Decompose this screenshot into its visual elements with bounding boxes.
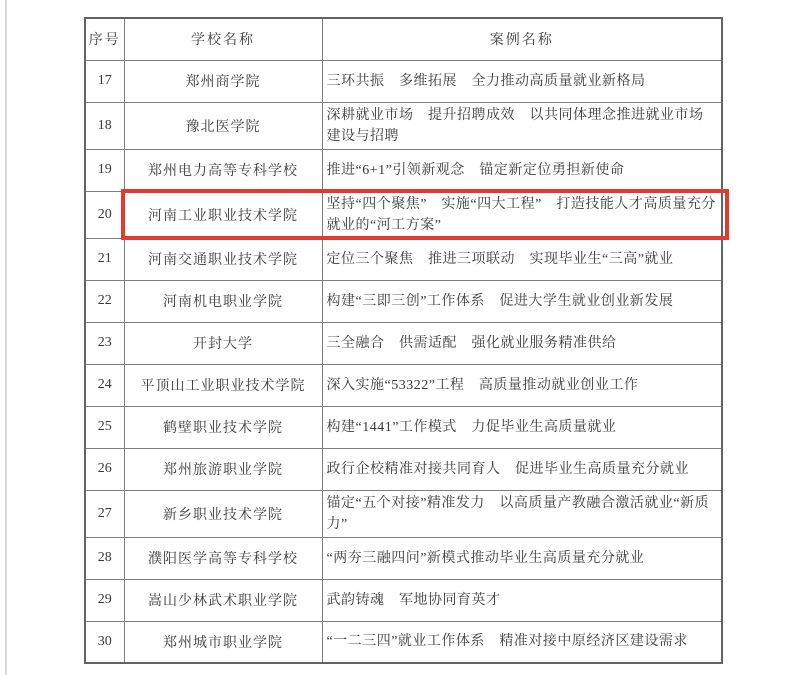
serial-number-cell: 20 (85, 191, 124, 238)
table-row: 23 开封大学 三全融合 供需适配 强化就业服务精准供给 (85, 322, 722, 364)
serial-number-cell: 29 (85, 579, 124, 621)
school-name-cell: 郑州商学院 (124, 60, 322, 102)
school-cases-table: 序号 学校名称 案例名称 17 郑州商学院 三环共振 多维拓展 全力推动高质量就… (84, 17, 723, 664)
case-name-cell: “两夯三融四问”新模式推动毕业生高质量充分就业 (322, 537, 722, 579)
case-name-cell: 三全融合 供需适配 强化就业服务精准供给 (322, 322, 722, 364)
school-name-cell: 平顶山工业职业技术学院 (124, 364, 322, 406)
table-row: 18 豫北医学院 深耕就业市场 提升招聘成效 以共同体理念推进就业市场建设与招聘 (85, 102, 722, 149)
serial-number-cell: 22 (85, 280, 124, 322)
case-name-cell: 构建“三即三创”工作体系 促进大学生就业创业新发展 (322, 280, 722, 322)
case-name-cell: 深耕就业市场 提升招聘成效 以共同体理念推进就业市场建设与招聘 (322, 102, 722, 149)
table-row: 21 河南交通职业技术学院 定位三个聚焦 推进三项联动 实现毕业生“三高”就业 (85, 238, 722, 280)
table-row: 28 濮阳医学高等专科学校 “两夯三融四问”新模式推动毕业生高质量充分就业 (85, 537, 722, 579)
table-row: 29 嵩山少林武术职业学院 武韵铸魂 军地协同育英才 (85, 579, 722, 621)
case-name-cell: “一二三四”就业工作体系 精准对接中原经济区建设需求 (322, 621, 722, 663)
school-name-cell: 河南交通职业技术学院 (124, 238, 322, 280)
table-header-row: 序号 学校名称 案例名称 (85, 18, 722, 60)
serial-number-cell: 28 (85, 537, 124, 579)
cases-table-container: 序号 学校名称 案例名称 17 郑州商学院 三环共振 多维拓展 全力推动高质量就… (84, 17, 723, 664)
table-row: 26 郑州旅游职业学院 政行企校精准对接共同育人 促进毕业生高质量充分就业 (85, 448, 722, 490)
case-name-cell: 深入实施“53322”工程 高质量推动就业创业工作 (322, 364, 722, 406)
header-serial-number: 序号 (85, 18, 124, 60)
table-row: 24 平顶山工业职业技术学院 深入实施“53322”工程 高质量推动就业创业工作 (85, 364, 722, 406)
page-scan-edge-line (5, 0, 7, 675)
serial-number-cell: 19 (85, 149, 124, 191)
serial-number-cell: 17 (85, 60, 124, 102)
serial-number-cell: 21 (85, 238, 124, 280)
serial-number-cell: 23 (85, 322, 124, 364)
school-name-cell: 鹤壁职业技术学院 (124, 406, 322, 448)
table-row: 17 郑州商学院 三环共振 多维拓展 全力推动高质量就业新格局 (85, 60, 722, 102)
header-school-name: 学校名称 (124, 18, 322, 60)
school-name-cell: 豫北医学院 (124, 102, 322, 149)
case-name-cell: 推进“6+1”引领新观念 锚定新定位勇担新使命 (322, 149, 722, 191)
case-name-cell: 锚定“五个对接”精准发力 以高质量产教融合激活就业“新质力” (322, 490, 722, 537)
header-case-name: 案例名称 (322, 18, 722, 60)
case-name-cell: 定位三个聚焦 推进三项联动 实现毕业生“三高”就业 (322, 238, 722, 280)
school-name-cell: 新乡职业技术学院 (124, 490, 322, 537)
case-name-cell: 坚持“四个聚焦” 实施“四大工程” 打造技能人才高质量充分就业的“河工方案” (322, 191, 722, 238)
school-name-cell: 开封大学 (124, 322, 322, 364)
case-name-cell: 政行企校精准对接共同育人 促进毕业生高质量充分就业 (322, 448, 722, 490)
school-name-cell: 嵩山少林武术职业学院 (124, 579, 322, 621)
table-row: 22 河南机电职业学院 构建“三即三创”工作体系 促进大学生就业创业新发展 (85, 280, 722, 322)
table-row: 25 鹤壁职业技术学院 构建“1441”工作模式 力促毕业生高质量就业 (85, 406, 722, 448)
table-body: 17 郑州商学院 三环共振 多维拓展 全力推动高质量就业新格局 18 豫北医学院… (85, 60, 722, 663)
school-name-cell: 郑州旅游职业学院 (124, 448, 322, 490)
serial-number-cell: 26 (85, 448, 124, 490)
school-name-cell: 河南机电职业学院 (124, 280, 322, 322)
school-name-cell: 濮阳医学高等专科学校 (124, 537, 322, 579)
school-name-cell: 郑州电力高等专科学校 (124, 149, 322, 191)
case-name-cell: 构建“1441”工作模式 力促毕业生高质量就业 (322, 406, 722, 448)
school-name-cell: 郑州城市职业学院 (124, 621, 322, 663)
table-row: 27 新乡职业技术学院 锚定“五个对接”精准发力 以高质量产教融合激活就业“新质… (85, 490, 722, 537)
serial-number-cell: 18 (85, 102, 124, 149)
school-name-cell: 河南工业职业技术学院 (124, 191, 322, 238)
serial-number-cell: 25 (85, 406, 124, 448)
serial-number-cell: 24 (85, 364, 124, 406)
table-row: 30 郑州城市职业学院 “一二三四”就业工作体系 精准对接中原经济区建设需求 (85, 621, 722, 663)
case-name-cell: 武韵铸魂 军地协同育英才 (322, 579, 722, 621)
table-row: 20 河南工业职业技术学院 坚持“四个聚焦” 实施“四大工程” 打造技能人才高质… (85, 191, 722, 238)
table-row: 19 郑州电力高等专科学校 推进“6+1”引领新观念 锚定新定位勇担新使命 (85, 149, 722, 191)
serial-number-cell: 27 (85, 490, 124, 537)
case-name-cell: 三环共振 多维拓展 全力推动高质量就业新格局 (322, 60, 722, 102)
serial-number-cell: 30 (85, 621, 124, 663)
